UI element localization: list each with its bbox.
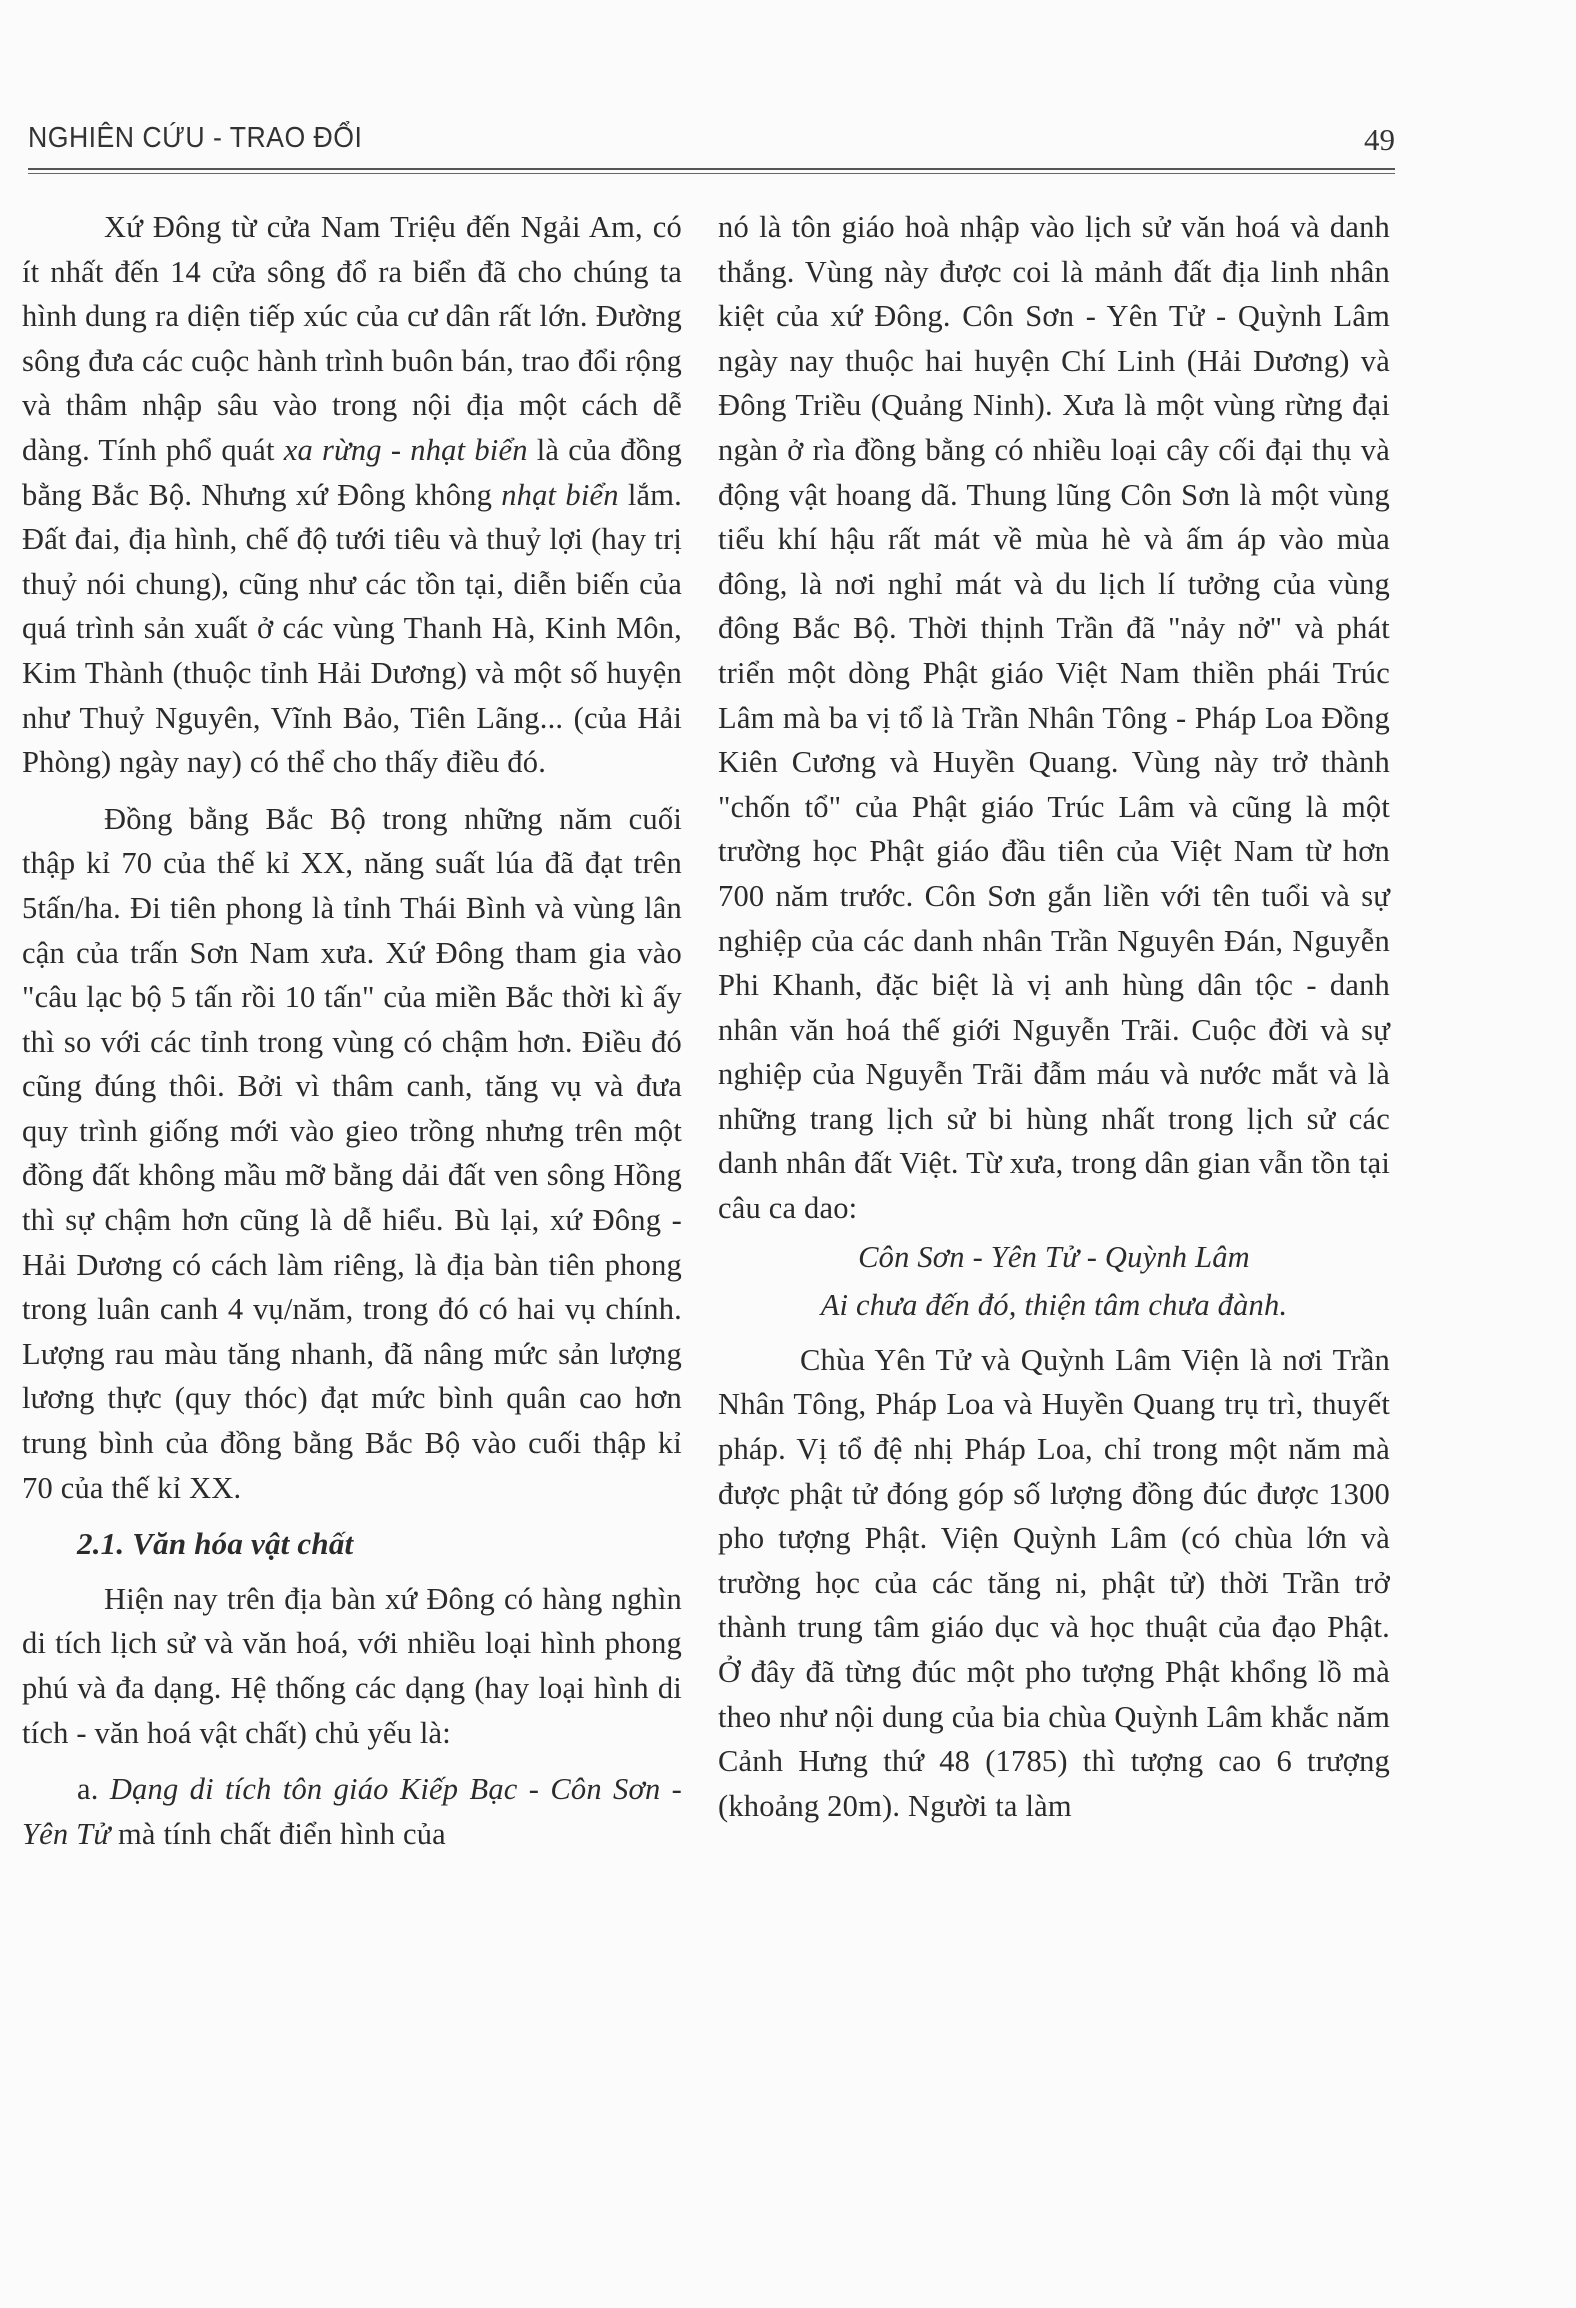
paragraph: Chùa Yên Tử và Quỳnh Lâm Viện là nơi Trầ… (718, 1338, 1390, 1829)
running-head: NGHIÊN CỨU - TRAO ĐỔI (28, 122, 362, 155)
verse-line: Ai chưa đến đó, thiện tâm chưa đành. (718, 1283, 1390, 1328)
paragraph-text: mà tính chất điển hình của (110, 1817, 446, 1851)
emphasis-text: nhạt biển (501, 478, 618, 512)
emphasis-text: xa rừng - nhạt biển (284, 433, 528, 467)
paragraph: Hiện nay trên địa bàn xứ Đông có hàng ng… (22, 1577, 682, 1755)
paragraph-text: lắm. Đất đai, địa hình, chế độ tưới tiêu… (22, 478, 682, 780)
page-header: NGHIÊN CỨU - TRAO ĐỔI 49 (28, 122, 1395, 162)
paragraph: Đồng bằng Bắc Bộ trong những năm cuối th… (22, 797, 682, 1511)
page-number: 49 (1364, 122, 1395, 158)
header-rule (28, 168, 1395, 170)
paragraph: Xứ Đông từ cửa Nam Triệu đến Ngải Am, có… (22, 205, 682, 785)
right-column: nó là tôn giáo hoà nhập vào lịch sử văn … (718, 205, 1390, 1840)
paragraph: nó là tôn giáo hoà nhập vào lịch sử văn … (718, 205, 1390, 1231)
left-column: Xứ Đông từ cửa Nam Triệu đến Ngải Am, có… (22, 205, 682, 1868)
paragraph: a. Dạng di tích tôn giáo Kiếp Bạc - Côn … (22, 1767, 682, 1856)
verse-line: Côn Sơn - Yên Tử - Quỳnh Lâm (718, 1235, 1390, 1280)
section-heading: 2.1. Văn hóa vật chất (22, 1522, 682, 1567)
list-marker: a. (77, 1772, 110, 1806)
paragraph-text: Xứ Đông từ cửa Nam Triệu đến Ngải Am, có… (22, 210, 682, 467)
header-rule-secondary (28, 173, 1395, 174)
